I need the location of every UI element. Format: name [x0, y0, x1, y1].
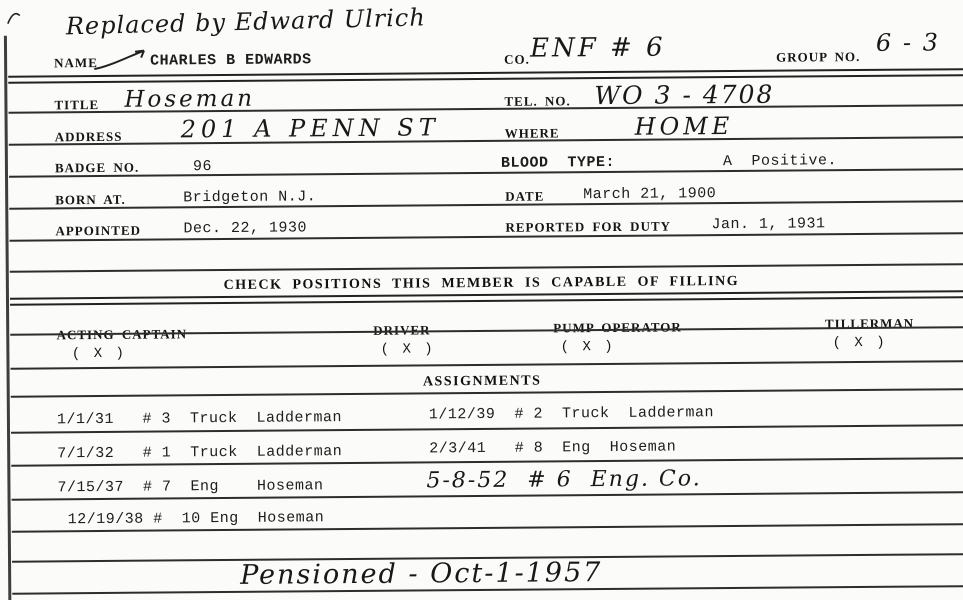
born-label: BORN AT. — [55, 192, 126, 209]
date-label: DATE — [505, 188, 544, 204]
co-value: ENF # 6 — [530, 33, 666, 64]
position-check-mark: ( X ) — [381, 341, 434, 357]
appointed-label: APPOINTED — [55, 223, 141, 240]
where-value: HOME — [635, 112, 734, 141]
name-arrow-mark — [94, 49, 146, 71]
assignment-row: 1/12/39 # 2 Truck Ladderman — [429, 404, 714, 423]
rule-line — [8, 68, 963, 84]
rule-line — [9, 200, 963, 210]
position-driver: DRIVER ( X ) — [344, 306, 434, 372]
top-replacement-note: Replaced by Edward Ulrich — [66, 3, 427, 40]
assignment-row: 12/19/38 # 10 Eng Hoseman — [68, 509, 325, 528]
assignment-row: 7/15/37 # 7 Eng Hoseman — [57, 477, 323, 496]
born-value: Bridgeton N.J. — [183, 188, 316, 206]
blood-value: A Positive. — [723, 152, 837, 170]
group-value: 6 - 3 — [876, 28, 940, 57]
reported-label: REPORTED FOR DUTY — [505, 219, 671, 236]
rule-line — [9, 168, 963, 178]
position-check-mark: ( X ) — [561, 339, 614, 355]
scan-edge-line — [4, 36, 11, 600]
assignment-row: 7/1/32 # 1 Truck Ladderman — [57, 443, 342, 462]
assignment-row-handwritten: 5-8-52 # 6 Eng. Co. — [426, 466, 701, 493]
badge-value: 96 — [193, 158, 212, 175]
assignment-row: 2/3/41 # 8 Eng Hoseman — [429, 438, 676, 457]
corner-pen-mark — [6, 9, 36, 25]
personnel-record-card: Replaced by Edward Ulrich NAME CHARLES B… — [0, 0, 963, 600]
position-check-mark: ( X ) — [833, 335, 886, 351]
blood-label: BLOOD TYPE: — [501, 154, 615, 172]
date-value: March 21, 1900 — [583, 185, 716, 203]
name-label: NAME — [54, 55, 98, 71]
position-pump-operator: PUMP OPERATOR ( X ) — [524, 303, 682, 369]
group-label: GROUP NO. — [776, 49, 860, 66]
title-value: Hoseman — [124, 86, 255, 113]
address-value: 201 A PENN ST — [181, 113, 440, 143]
name-value: CHARLES B EDWARDS — [150, 51, 312, 69]
assignment-row: 1/1/31 # 3 Truck Ladderman — [57, 409, 342, 428]
rule-line — [10, 263, 963, 273]
pensioned-note: Pensioned - Oct-1-1957 — [240, 557, 602, 591]
reported-value: Jan. 1, 1931 — [711, 215, 825, 233]
appointed-value: Dec. 22, 1930 — [183, 219, 307, 237]
position-tillerman: TILLERMAN ( X ) — [796, 300, 914, 366]
position-check-mark: ( X ) — [72, 346, 125, 362]
position-label: PUMP OPERATOR — [553, 319, 682, 335]
rule-line — [10, 232, 963, 242]
rule-line — [9, 136, 963, 146]
co-label: CO. — [504, 52, 530, 68]
